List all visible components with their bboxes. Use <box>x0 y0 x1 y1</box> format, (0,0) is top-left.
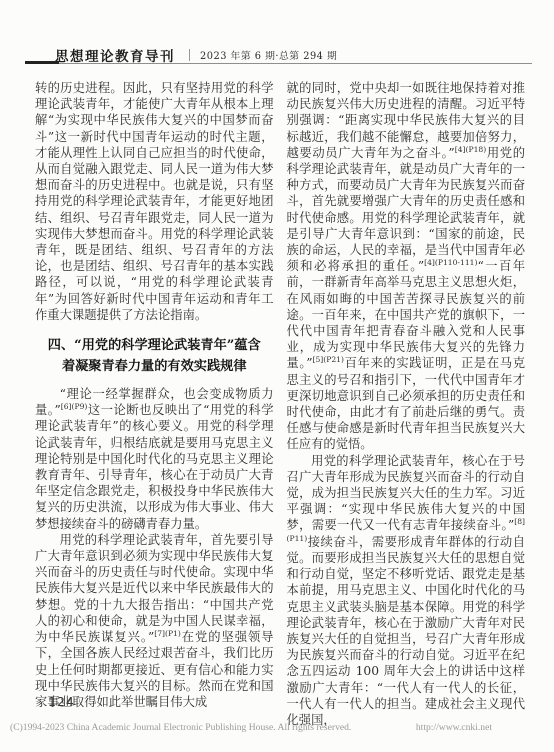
page-header: 思想理论教育导刊 2023 年第 6 期·总第 294 期 <box>55 45 524 65</box>
paragraph-text: 接续奋斗，需要形成青年群体的行动自觉。而要形成担当民族复兴大任的思想自觉和行动自… <box>287 535 526 727</box>
section-heading-line2: 着凝聚青春力量的有效实践规律 <box>62 359 247 374</box>
section-heading: 四、“用党的科学理论武装青年”蕴含 着凝聚青春力量的有效实践规律 <box>37 335 272 377</box>
paragraph: 用党的科学理论武装青年，核心在于号召广大青年形成为民族复兴而奋斗的行动自觉，成为… <box>287 453 526 728</box>
paragraph: “理论一经掌握群众，也会变成物质力量。”[6](P9)这一论断也反映出了“用党的… <box>35 386 274 532</box>
paragraph-text: 用党的科学理论武装青年，首先要引导广大青年意识到必须为实现中华民族伟大复兴而奋斗… <box>35 533 274 644</box>
article-body: 转的历史进程。因此，只有坚持用党的科学理论武装青年，才能使广大青年从根本上理解“… <box>35 80 525 728</box>
header-rule-accent <box>25 61 59 64</box>
footer-url: http://www.cnki.net <box>416 722 492 733</box>
left-column-body: “理论一经掌握群众，也会变成物质力量。”[6](P9)这一论断也反映出了“用党的… <box>35 386 274 710</box>
citation-marker: [4](P18) <box>455 145 486 154</box>
section-heading-line1: 四、“用党的科学理论武装青年”蕴含 <box>48 338 261 353</box>
paragraph-text: 用党的科学理论武装青年，就是动员广大青年的一种方式，而要动员广大青年为民族复兴而… <box>287 146 526 273</box>
scan-footer: (C)1994-2023 China Academic Journal Elec… <box>10 722 492 733</box>
paragraph-text: 用党的科学理论武装青年，核心在于号召广大青年形成为民族复兴而奋斗的行动自觉，成为… <box>287 454 526 533</box>
left-column: 转的历史进程。因此，只有坚持用党的科学理论武装青年，才能使广大青年从根本上理解“… <box>35 80 274 728</box>
journal-name: 思想理论教育导刊 <box>55 45 175 65</box>
issue-info: 2023 年第 6 期·总第 294 期 <box>200 48 337 62</box>
paragraph: 转的历史进程。因此，只有坚持用党的科学理论武装青年，才能使广大青年从根本上理解“… <box>35 80 274 323</box>
journal-page-scan: 思想理论教育导刊 2023 年第 6 期·总第 294 期 转的历史进程。因此，… <box>0 0 554 752</box>
paragraph-text: 转的历史进程。因此，只有坚持用党的科学理论武装青年，才能使广大青年从根本上理解“… <box>35 81 274 322</box>
copyright-text: (C)1994-2023 China Academic Journal Elec… <box>10 722 351 733</box>
citation-marker: [5](P21) <box>313 355 344 364</box>
paragraph-text: “一百年前，一群新青年高举马克思主义思想火炬，在风雨如晦的中国苦苦探寻民族复兴的… <box>287 259 526 370</box>
page-number: 124 <box>48 694 75 709</box>
left-column-opening: 转的历史进程。因此，只有坚持用党的科学理论武装青年，才能使广大青年从根本上理解“… <box>35 80 274 323</box>
citation-marker: [6](P9) <box>61 402 88 411</box>
paragraph: 用党的科学理论武装青年，首先要引导广大青年意识到必须为实现中华民族伟大复兴而奋斗… <box>35 532 274 710</box>
right-column-body: 就的同时，党中央却一如既往地保持着对推动民族复兴伟大历史进程的清醒。习近平特别强… <box>287 80 526 728</box>
paragraph-text: 这一论断也反映出了“用党的科学理论武装青年”的核心要义。用党的科学理论武装青年，… <box>35 403 274 530</box>
paragraph: 就的同时，党中央却一如既往地保持着对推动民族复兴伟大历史进程的清醒。习近平特别强… <box>287 80 526 453</box>
citation-marker: [7](P1) <box>154 629 181 638</box>
right-column: 就的同时，党中央却一如既往地保持着对推动民族复兴伟大历史进程的清醒。习近平特别强… <box>287 80 526 728</box>
header-rule <box>25 63 532 64</box>
header-divider <box>189 49 190 61</box>
citation-marker: [4](P110-111) <box>424 258 477 267</box>
paragraph-text: 百年来的实践证明，正是在马克思主义的号召和指引下，一代代中国青年才更深切地意识到… <box>287 356 526 451</box>
